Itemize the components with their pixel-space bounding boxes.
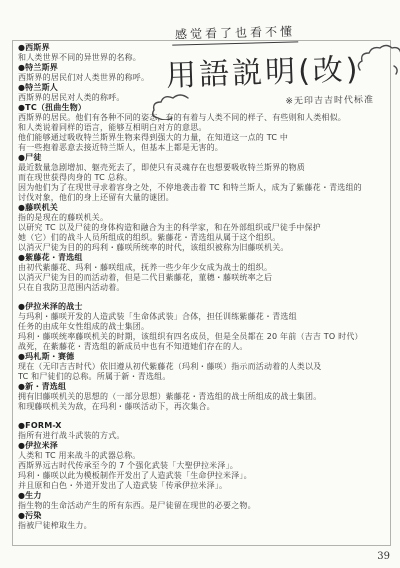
glossary-term: ●玛札斯・赛德 xyxy=(18,352,386,362)
glossary-section: ●TC（扭曲生物）西斯界的居民。他们有各种不同的姿态，有的有着与人类不同的样子、… xyxy=(18,103,386,153)
glossary-definition-line: 并且原和白色・外道开发出了人造武装「传承伊拉米泽」。 xyxy=(18,481,386,491)
glossary-definition-line: 以研究 TC 以及尸徒的身体构造和融合为主的科学家，和在外部组织或尸徒手中保护 xyxy=(18,223,386,233)
glossary-definition-line: 西斯界的居民。他们有各种不同的姿态，有的有着与人类不同的样子、有些则和人类相似。 xyxy=(18,113,386,123)
glossary-definition-line: 玛利・藤咲统率藤咲机关的时期，该组织有四名成员，但是全员都在 20 年前（吉吉 … xyxy=(18,332,386,342)
glossary-term: ●特兰斯界 xyxy=(18,63,386,73)
glossary-definition-line: 指生物的生命活动产生的所有东西。是尸徒留在现世的必要之物。 xyxy=(18,501,386,511)
glossary-term: ●藤咲机关 xyxy=(18,203,386,213)
glossary-definition-line: 以消灭尸徒为目的而活动着，但是二代目紫藤花，菫穗・藤咲统率之后 xyxy=(18,273,386,283)
glossary-section: ●伊拉米泽的战士与玛利・藤咲开发的人造武装「生命体武装」合体，担任训练紫藤花・青… xyxy=(18,302,386,352)
glossary-term: ●西斯界 xyxy=(18,43,386,53)
glossary-definition-line: 由初代紫藤花、玛利・藤咲组成，抚养一些少年少女成为战士的组织。 xyxy=(18,263,386,273)
glossary-definition-line: 西斯界远古时代传承至今的 7 个强化武装「大聖伊拉米泽」。 xyxy=(18,461,386,471)
glossary-term: ●生力 xyxy=(18,491,386,501)
glossary-definition-line: 人类和 TC 用来战斗的武器总称。 xyxy=(18,451,386,461)
glossary-definition-line: 西斯界的居民们对人类世界的称呼。 xyxy=(18,73,386,83)
glossary-section: ●特兰斯人西斯界的居民对人类的称呼。 xyxy=(18,83,386,103)
glossary-term: ●特兰斯人 xyxy=(18,83,386,93)
glossary-section: ●污染指被尸徒榨取生力。 xyxy=(18,511,386,531)
glossary-section: ●藤咲机关指的是现在的藤咲机关。以研究 TC 以及尸徒的身体构造和融合为主的科学… xyxy=(18,203,386,253)
glossary-definition-line: 和现藤咲机关为敌，在玛利・藤咲活动下，再次集合。 xyxy=(18,402,386,412)
glossary-definition-line: 讨伐对象，他们的身上还留有大量的谜团。 xyxy=(18,193,386,203)
glossary-section: ●生力指生物的生命活动产生的所有东西。是尸徒留在现世的必要之物。 xyxy=(18,491,386,511)
glossary-definition-line: 只在自我防卫范围内活动着。 xyxy=(18,283,386,293)
glossary-section: ●伊拉米泽人类和 TC 用来战斗的武器总称。西斯界远古时代传承至今的 7 个强化… xyxy=(18,441,386,491)
glossary-definition-line: 最近数量急剧增加、躯壳死去了，即使只有灵魂存在也想要吸收特兰斯界的物质 xyxy=(18,163,386,173)
glossary-definition-line: 现在（无印吉吉时代）依旧遵从初代紫藤花（玛利・藤咲）指示而活动着的人类以及 xyxy=(18,362,386,372)
glossary-section: ●特兰斯界西斯界的居民们对人类世界的称呼。 xyxy=(18,63,386,83)
glossary-term: ●FORM-X xyxy=(18,421,386,431)
glossary-term: ●伊拉米泽的战士 xyxy=(18,302,386,312)
page-number: 39 xyxy=(377,551,390,562)
glossary-definition-line: 和人类世界不同的异世界的名称。 xyxy=(18,53,386,63)
glossary-section: ●西斯界和人类世界不同的异世界的名称。 xyxy=(18,43,386,63)
glossary-definition-line: 和人类说着同样的语言，能够互相明白对方的意思。 xyxy=(18,123,386,133)
glossary-definition-line: 指的是现在的藤咲机关。 xyxy=(18,213,386,223)
glossary-section: ●玛札斯・赛德现在（无印吉吉时代）依旧遵从初代紫藤花（玛利・藤咲）指示而活动着的… xyxy=(18,352,386,382)
glossary-term: ●尸徒 xyxy=(18,153,386,163)
glossary-definition-line: 她（它）们的战斗人员所组成的组织。紫藤花・青选组从属于这个组织。 xyxy=(18,233,386,243)
glossary-section: ●FORM-X指所有进行战斗武装的方式。 xyxy=(18,421,386,441)
glossary-section: ●尸徒最近数量急剧增加、躯壳死去了，即使只有灵魂存在也想要吸收特兰斯界的物质而在… xyxy=(18,153,386,203)
glossary-definition-line: 有一些抱着恶意去接近特兰斯人，但基本上都是无害的。 xyxy=(18,143,386,153)
glossary-definition-line: 战死，在紫藤花・青选组的新成员中也有不知道她们存在的人。 xyxy=(18,342,386,352)
glossary-definition-line: 玛利・藤咲以此为模板制作开发出了人造武装「生命伊拉米泽」。 xyxy=(18,471,386,481)
glossary-term: ●新・青选组 xyxy=(18,382,386,392)
glossary-definition-line: TC 和尸徒们的总称。所属于新・青选组。 xyxy=(18,372,386,382)
glossary-term: ●TC（扭曲生物） xyxy=(18,103,386,113)
glossary-term: ●污染 xyxy=(18,511,386,521)
glossary-definition-line: 指被尸徒榨取生力。 xyxy=(18,521,386,531)
glossary-definition-line: 拥有旧藤咲机关的思想的（一部分思想）紫藤花・青选组的战士所组成的战士集团。 xyxy=(18,392,386,402)
glossary-section: ●新・青选组拥有旧藤咲机关的思想的（一部分思想）紫藤花・青选组的战士所组成的战士… xyxy=(18,382,386,412)
glossary-definition-line: 指所有进行战斗武装的方式。 xyxy=(18,431,386,441)
glossary-definition-line: 因为他们为了在现世寻求着容身之处，不停地袭击着 TC 和特兰斯人，成为了紫藤花・… xyxy=(18,183,386,193)
glossary-list: ●西斯界和人类世界不同的异世界的名称。●特兰斯界西斯界的居民们对人类世界的称呼。… xyxy=(18,43,386,531)
glossary-definition-line: 与玛利・藤咲开发的人造武装「生命体武装」合体，担任训练紫藤花・青选组 xyxy=(18,312,386,322)
glossary-definition-line: 任务的由成年女性组成的战士集团。 xyxy=(18,322,386,332)
glossary-term: ●伊拉米泽 xyxy=(18,441,386,451)
glossary-definition-line: 他们能够通过吸收特兰斯界生物来得到强大的力量，在知道这一点的 TC 中 xyxy=(18,133,386,143)
glossary-definition-line: 而在现世获得肉身的 TC 总称。 xyxy=(18,173,386,183)
glossary-definition-line: 西斯界的居民对人类的称呼。 xyxy=(18,93,386,103)
glossary-term: ●紫藤花・青选组 xyxy=(18,253,386,263)
glossary-section: ●紫藤花・青选组由初代紫藤花、玛利・藤咲组成，抚养一些少年少女成为战士的组织。以… xyxy=(18,253,386,293)
glossary-definition-line: 以消灭尸徒为目的的玛利・藤咲所统率的时代，该组织被称为旧藤咲机关。 xyxy=(18,243,386,253)
